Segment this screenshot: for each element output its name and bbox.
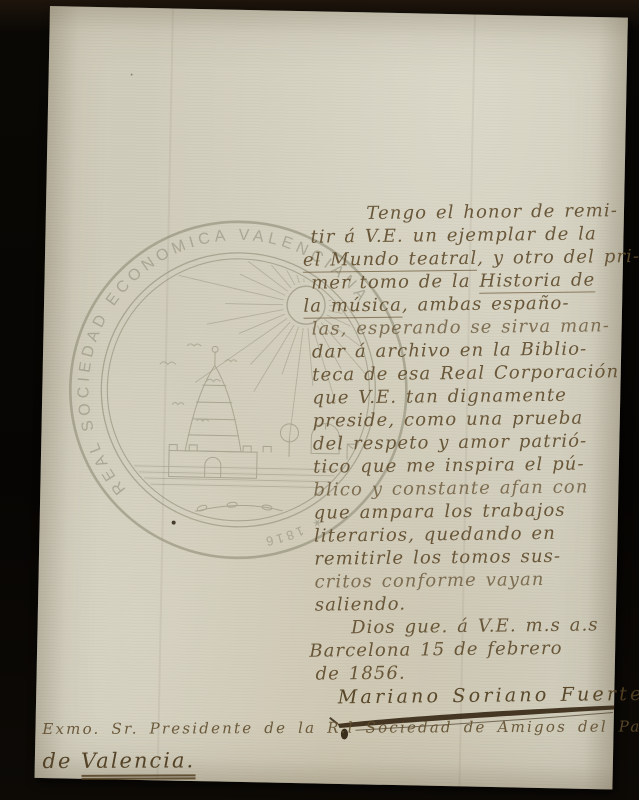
underlined-text: el Mundo teatral <box>303 248 478 273</box>
letter-line: de 1856. <box>315 659 639 686</box>
underlined-text: Historia de <box>479 269 595 293</box>
handwritten-text: critos conforme vayan <box>314 569 544 593</box>
handwritten-text: las, esperando se sirva man- <box>312 315 611 339</box>
sun-ray <box>195 317 287 385</box>
handwritten-text: literarios, quedando en <box>314 523 556 547</box>
address-block: Exmo. Sr. Presidente de la R.l Sociedad … <box>42 716 602 776</box>
handwritten-text: Barcelona 15 de febrero <box>309 638 563 662</box>
address-place-line: de Valencia. <box>42 746 602 776</box>
handwritten-text: tico que me inspira el pú- <box>313 454 585 478</box>
letter-lines: Tengo el honor de remi-tir á V.E. un eje… <box>310 199 639 710</box>
handwritten-text: que V.E. tan dignamente <box>312 385 567 409</box>
handwritten-text: dar á archivo en la Biblio- <box>312 339 588 363</box>
sun-ray <box>207 308 284 326</box>
letter-page: REAL SOCIEDAD ECONOMICA VALENCIANA ✶ 181… <box>35 6 628 789</box>
letter-line: teca de esa Real Corporación <box>312 360 639 387</box>
handwritten-text: de 1856. <box>315 663 405 685</box>
letter-line: mer tomo de la Historia de <box>311 268 639 295</box>
ink-speck <box>131 74 133 76</box>
handwritten-text: mer tomo de la <box>311 271 480 294</box>
sun-ray <box>225 304 283 305</box>
handwritten-text: , y otro del pri- <box>477 246 639 269</box>
beehive-tower-icon <box>169 346 274 479</box>
handwritten-text: tir á V.E. un ejemplar de la <box>310 223 597 247</box>
letter-line: Tengo el honor de remi- <box>366 199 639 225</box>
letter-line: Dios gue. á V.E. m.s a.s <box>351 613 639 639</box>
letter-body: Tengo el honor de remi-tir á V.E. un eje… <box>310 199 639 710</box>
birds-icons <box>159 343 238 422</box>
letter-line: critos conforme vayan <box>314 567 639 594</box>
sun-ray <box>251 321 291 365</box>
letter-line: las, esperando se sirva man- <box>312 314 639 341</box>
handwritten-text: Tengo el honor de remi- <box>366 200 618 224</box>
handwritten-text: del respeto y amor patrió- <box>313 431 588 455</box>
address-line: Exmo. Sr. Presidente de la R.l Sociedad … <box>42 716 602 748</box>
handwritten-text: , ambas españo- <box>402 293 570 316</box>
handwritten-text: remitirle los tomos sus- <box>314 546 561 570</box>
letter-line: blico y constante afan con <box>313 475 639 502</box>
handwritten-text: blico y constante afan con <box>313 477 588 501</box>
archival-photo: { "colors": { "backdrop": "#0a0805", "pa… <box>0 0 639 800</box>
sun-ray <box>282 327 298 375</box>
underlined-text: la música <box>303 295 402 319</box>
handwritten-text: teca de esa Real Corporación <box>312 361 619 385</box>
sun-ray <box>225 244 289 291</box>
address-prefix: de <box>42 749 81 773</box>
handwritten-text: saliendo. <box>315 594 407 616</box>
address-place-underlined: Valencia. <box>81 748 195 779</box>
handwritten-text: preside, como una prueba <box>313 408 584 432</box>
sun-ray <box>289 328 303 440</box>
handwritten-text: que ampara los trabajos <box>314 500 566 524</box>
handwritten-text: Dios gue. á V.E. m.s a.s <box>351 614 599 638</box>
sun-ray <box>254 324 294 392</box>
